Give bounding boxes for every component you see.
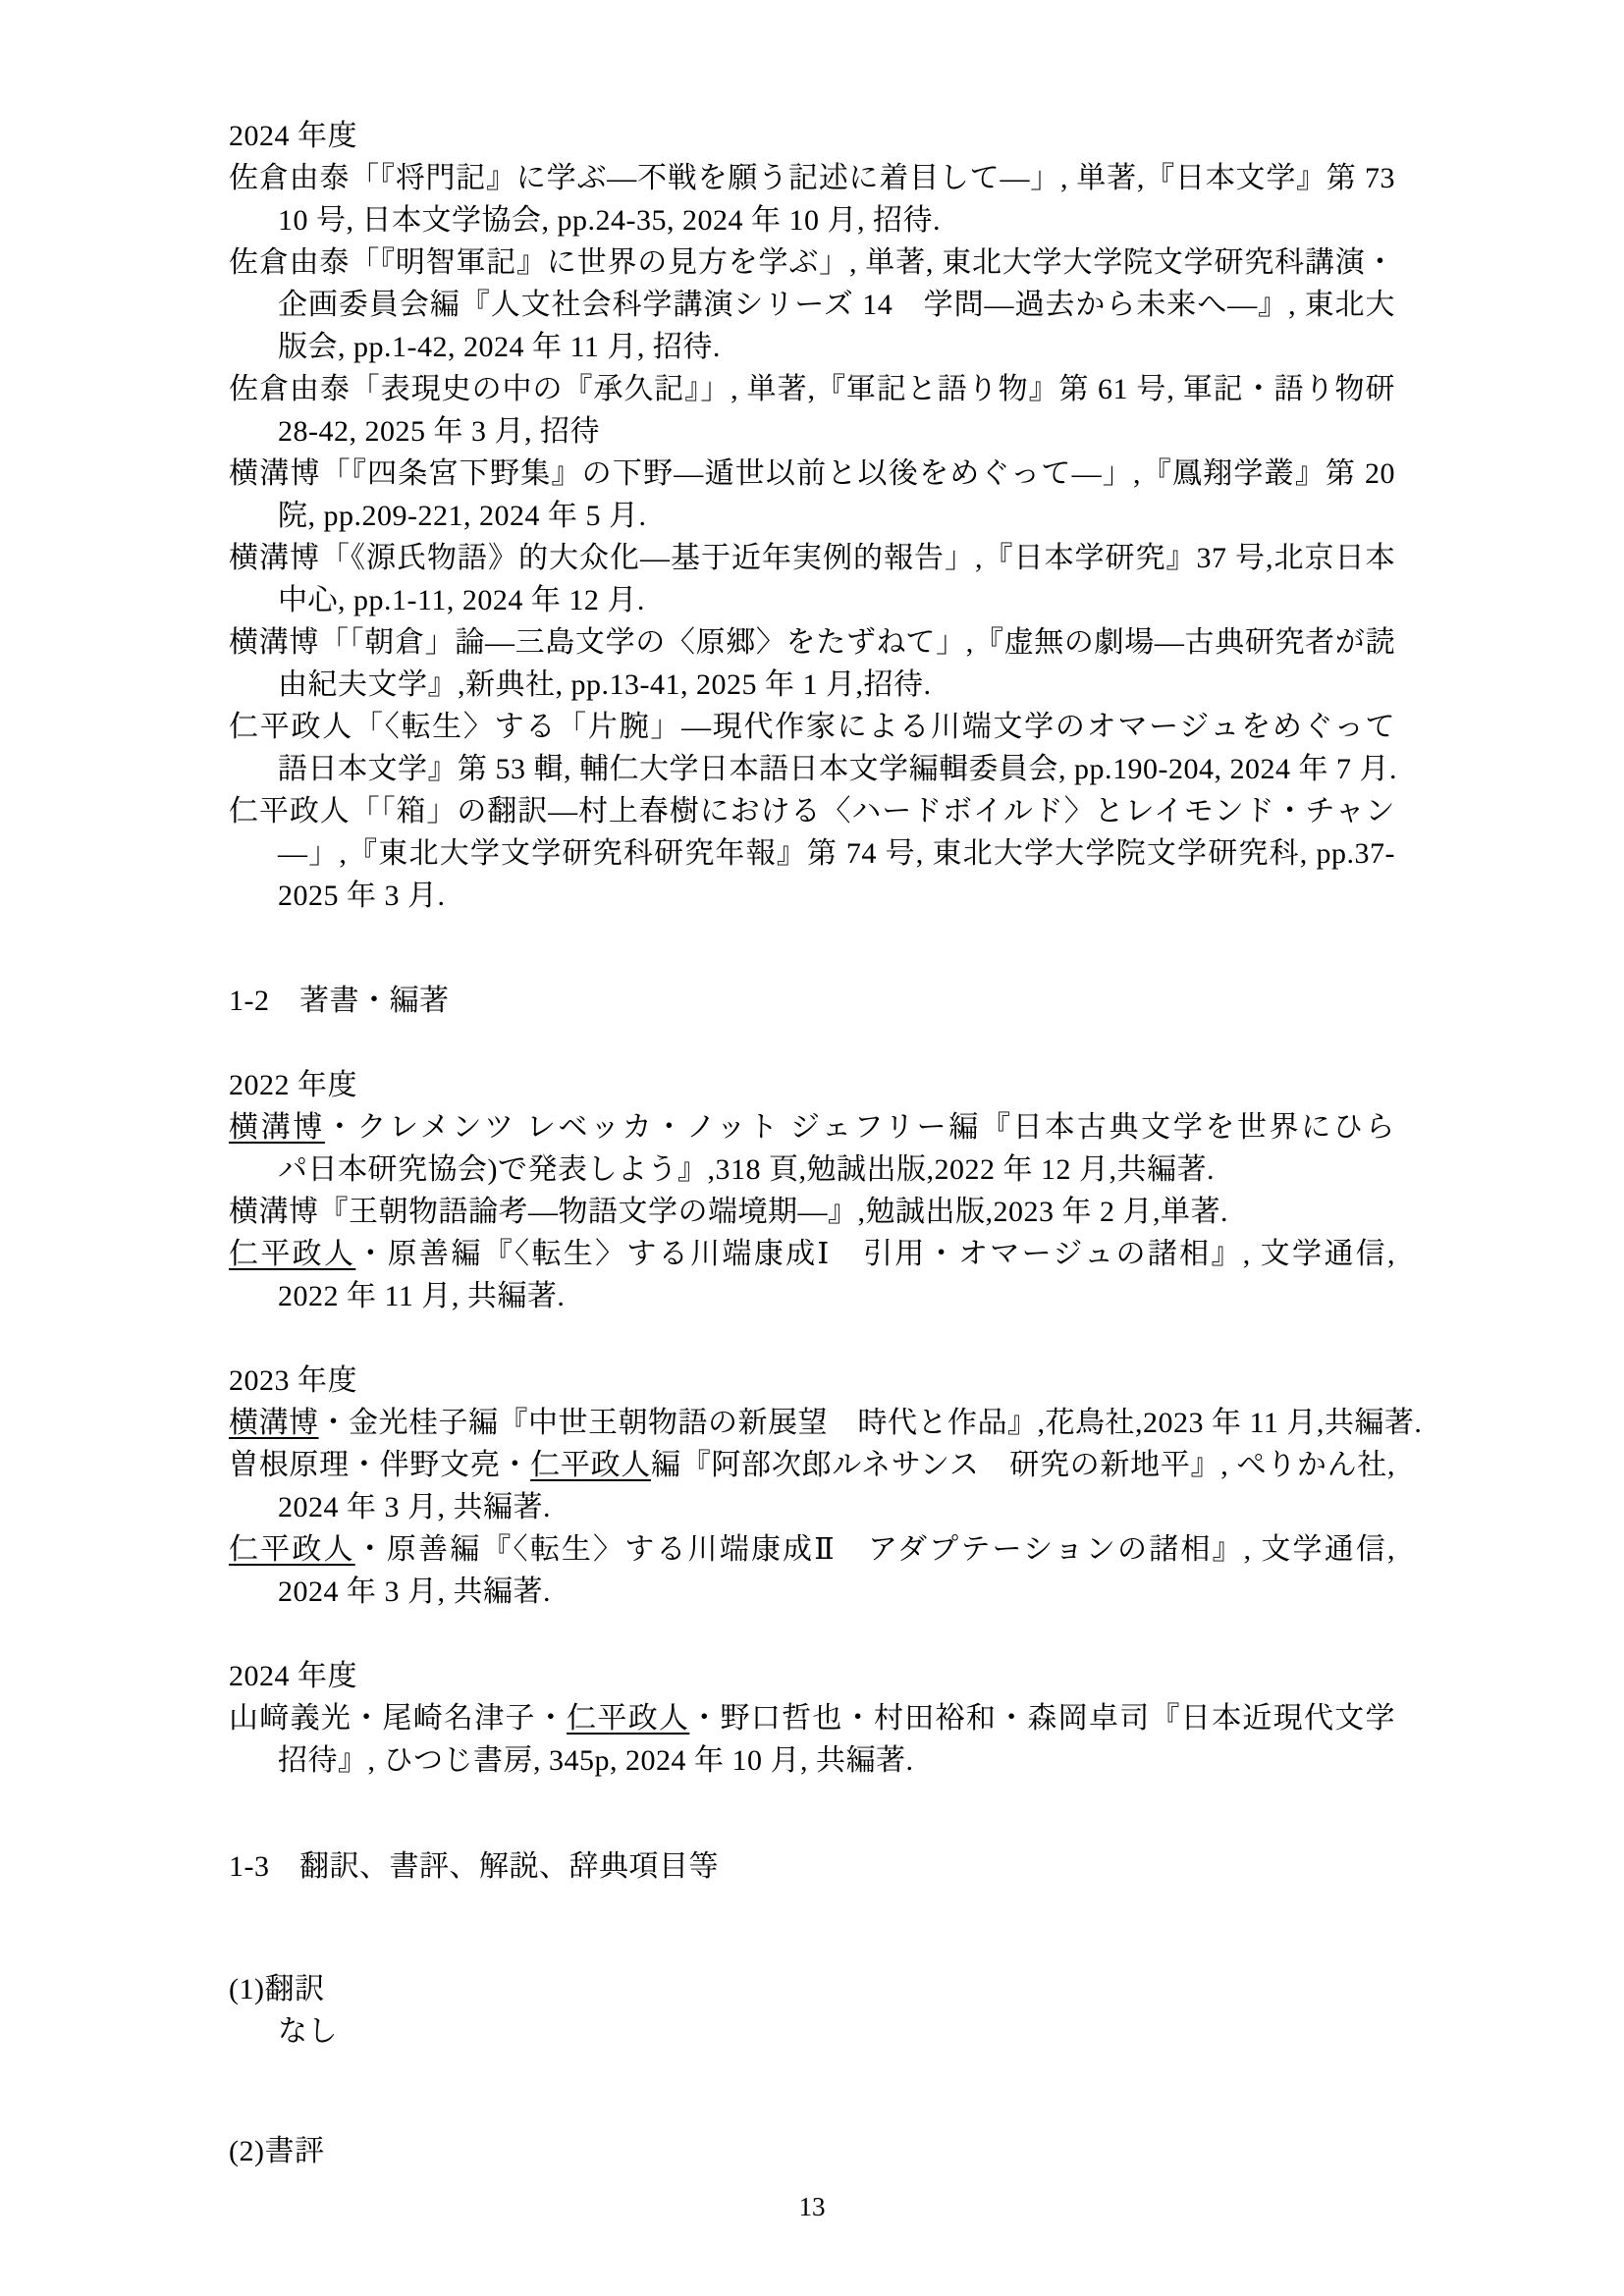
book-entry-line: 2022 年 11 月, 共編著. [229, 1275, 1395, 1317]
book-entry-line: 招待』, ひつじ書房, 345p, 2024 年 10 月, 共編著. [229, 1739, 1395, 1782]
section-heading-misc: 1-3 翻訳、書評、解説、辞典項目等 [229, 1845, 1395, 1888]
entry-text: ・クレメンツ レベッカ・ノット ジェフリー編『日本古典文学を世界にひらく:EAJ… [229, 1111, 1395, 1148]
underlined-author-name: 横溝博 [229, 1407, 319, 1439]
article-entry-line: 由紀夫文学』,新典社, pp.13-41, 2025 年 1 月,招待. [229, 664, 1395, 706]
article-entry-line: 仁平政人「「箱」の翻訳―村上春樹における〈ハードボイルド〉とレイモンド・チャンド… [229, 790, 1395, 832]
article-entry-line: 10 号, 日本文学協会, pp.24-35, 2024 年 10 月, 招待. [229, 199, 1395, 241]
section-spacer [229, 1317, 1395, 1360]
section-spacer [229, 1888, 1395, 1968]
article-entry-line: 28-42, 2025 年 3 月, 招待 [229, 410, 1395, 453]
subsection-content-none: なし [229, 2010, 1395, 2053]
book-entry-line: 仁平政人・原善編『〈転生〉する川端康成Ⅰ 引用・オマージュの諸相』, 文学通信,… [229, 1233, 1395, 1275]
entry-text: ・金光桂子編『中世王朝物語の新展望 時代と作品』,花鳥社,2023 年 11 月… [319, 1407, 1423, 1439]
section-spacer [229, 1022, 1395, 1064]
book-entry-line: 横溝博・金光桂子編『中世王朝物語の新展望 時代と作品』,花鳥社,2023 年 1… [229, 1402, 1395, 1444]
article-entry-line: 仁平政人「〈転生〉する「片腕」―現代作家による川端文学のオマージュをめぐって―」… [229, 706, 1395, 748]
year-label-articles-2024: 2024 年度 [229, 115, 1395, 157]
book-entry-line: 2024 年 3 月, 共編著. [229, 1571, 1395, 1613]
article-entry-line: 横溝博「《源氏物語》的大众化―基于近年実例的報告」,『日本学研究』37 号,北京… [229, 537, 1395, 579]
article-entry-line: 2025 年 3 月. [229, 875, 1395, 917]
book-entry-line: 曽根原理・伴野文亮・仁平政人編『阿部次郎ルネサンス 研究の新地平』, ぺりかん社… [229, 1444, 1395, 1486]
book-entry-line: 横溝博・クレメンツ レベッカ・ノット ジェフリー編『日本古典文学を世界にひらく:… [229, 1106, 1395, 1148]
article-entry-line: 中心, pp.1-11, 2024 年 12 月. [229, 579, 1395, 621]
entry-text: 曽根原理・伴野文亮・ [229, 1449, 530, 1481]
entry-text: ・原善編『〈転生〉する川端康成Ⅱ アダプテーションの諸相』, 文学通信, 486… [229, 1533, 1395, 1571]
book-entry-line: パ日本研究協会)で発表しよう』,318 頁,勉誠出版,2022 年 12 月,共… [229, 1148, 1395, 1191]
article-entry-line: 佐倉由泰「『将門記』に学ぶ―不戦を願う記述に着目して―」, 単著,『日本文学』第… [229, 157, 1395, 199]
book-entry-line: 横溝博『王朝物語論考―物語文学の端境期―』,勉誠出版,2023 年 2 月,単著… [229, 1191, 1395, 1233]
book-entry-line: 仁平政人・原善編『〈転生〉する川端康成Ⅱ アダプテーションの諸相』, 文学通信,… [229, 1528, 1395, 1571]
subsection-label-book-review: (2)書評 [229, 2130, 1395, 2172]
underlined-author-name: 仁平政人 [530, 1449, 651, 1481]
page-number: 13 [229, 2186, 1395, 2228]
article-entry-line: 語日本文学』第 53 輯, 輔仁大学日本語日本文学編輯委員会, pp.190-2… [229, 748, 1395, 790]
article-entry-line: ―」,『東北大学文学研究科研究年報』第 74 号, 東北大学大学院文学研究科, … [229, 832, 1395, 875]
section-heading-books: 1-2 著書・編著 [229, 980, 1395, 1022]
article-entry-line: 院, pp.209-221, 2024 年 5 月. [229, 495, 1395, 537]
article-entry-line: 企画委員会編『人文社会科学講演シリーズ 14 学問―過去から未来へ―』, 東北大… [229, 284, 1395, 326]
article-entry-line: 版会, pp.1-42, 2024 年 11 月, 招待. [229, 326, 1395, 368]
section-spacer [229, 2053, 1395, 2130]
article-entry-line: 横溝博「『四条宮下野集』の下野―遁世以前と以後をめぐって―」,『鳳翔学叢』第 2… [229, 453, 1395, 495]
book-entry-line: 2024 年 3 月, 共編著. [229, 1486, 1395, 1528]
underlined-author-name: 仁平政人 [229, 1533, 355, 1566]
year-label-books-2022: 2022 年度 [229, 1064, 1395, 1106]
entry-text: ・原善編『〈転生〉する川端康成Ⅰ 引用・オマージュの諸相』, 文学通信, 267… [229, 1238, 1395, 1275]
year-label-books-2023: 2023 年度 [229, 1360, 1395, 1402]
section-spacer [229, 917, 1395, 980]
year-label-books-2024: 2024 年度 [229, 1655, 1395, 1697]
section-spacer [229, 2172, 1395, 2186]
section-spacer [229, 1613, 1395, 1655]
book-entry-line: 山﨑義光・尾崎名津子・仁平政人・野口哲也・村田裕和・森岡卓司『日本近現代文学史へ… [229, 1697, 1395, 1739]
underlined-author-name: 仁平政人 [229, 1238, 355, 1270]
entry-text: 山﨑義光・尾崎名津子・ [229, 1702, 567, 1735]
underlined-author-name: 横溝博 [229, 1111, 325, 1144]
document-page: 2024 年度 佐倉由泰「『将門記』に学ぶ―不戦を願う記述に着目して―」, 単著… [0, 0, 1624, 2296]
section-spacer [229, 1782, 1395, 1845]
subsection-label-translation: (1)翻訳 [229, 1968, 1395, 2010]
underlined-author-name: 仁平政人 [567, 1702, 689, 1735]
article-entry-line: 横溝博「「朝倉」論―三島文学の〈原郷〉をたずねて」,『虚無の劇場―古典研究者が読… [229, 621, 1395, 664]
article-entry-line: 佐倉由泰「『明智軍記』に世界の見方を学ぶ」, 単著, 東北大学大学院文学研究科講… [229, 241, 1395, 284]
article-entry-line: 佐倉由泰「表現史の中の『承久記』」, 単著,『軍記と語り物』第 61 号, 軍記… [229, 368, 1395, 410]
